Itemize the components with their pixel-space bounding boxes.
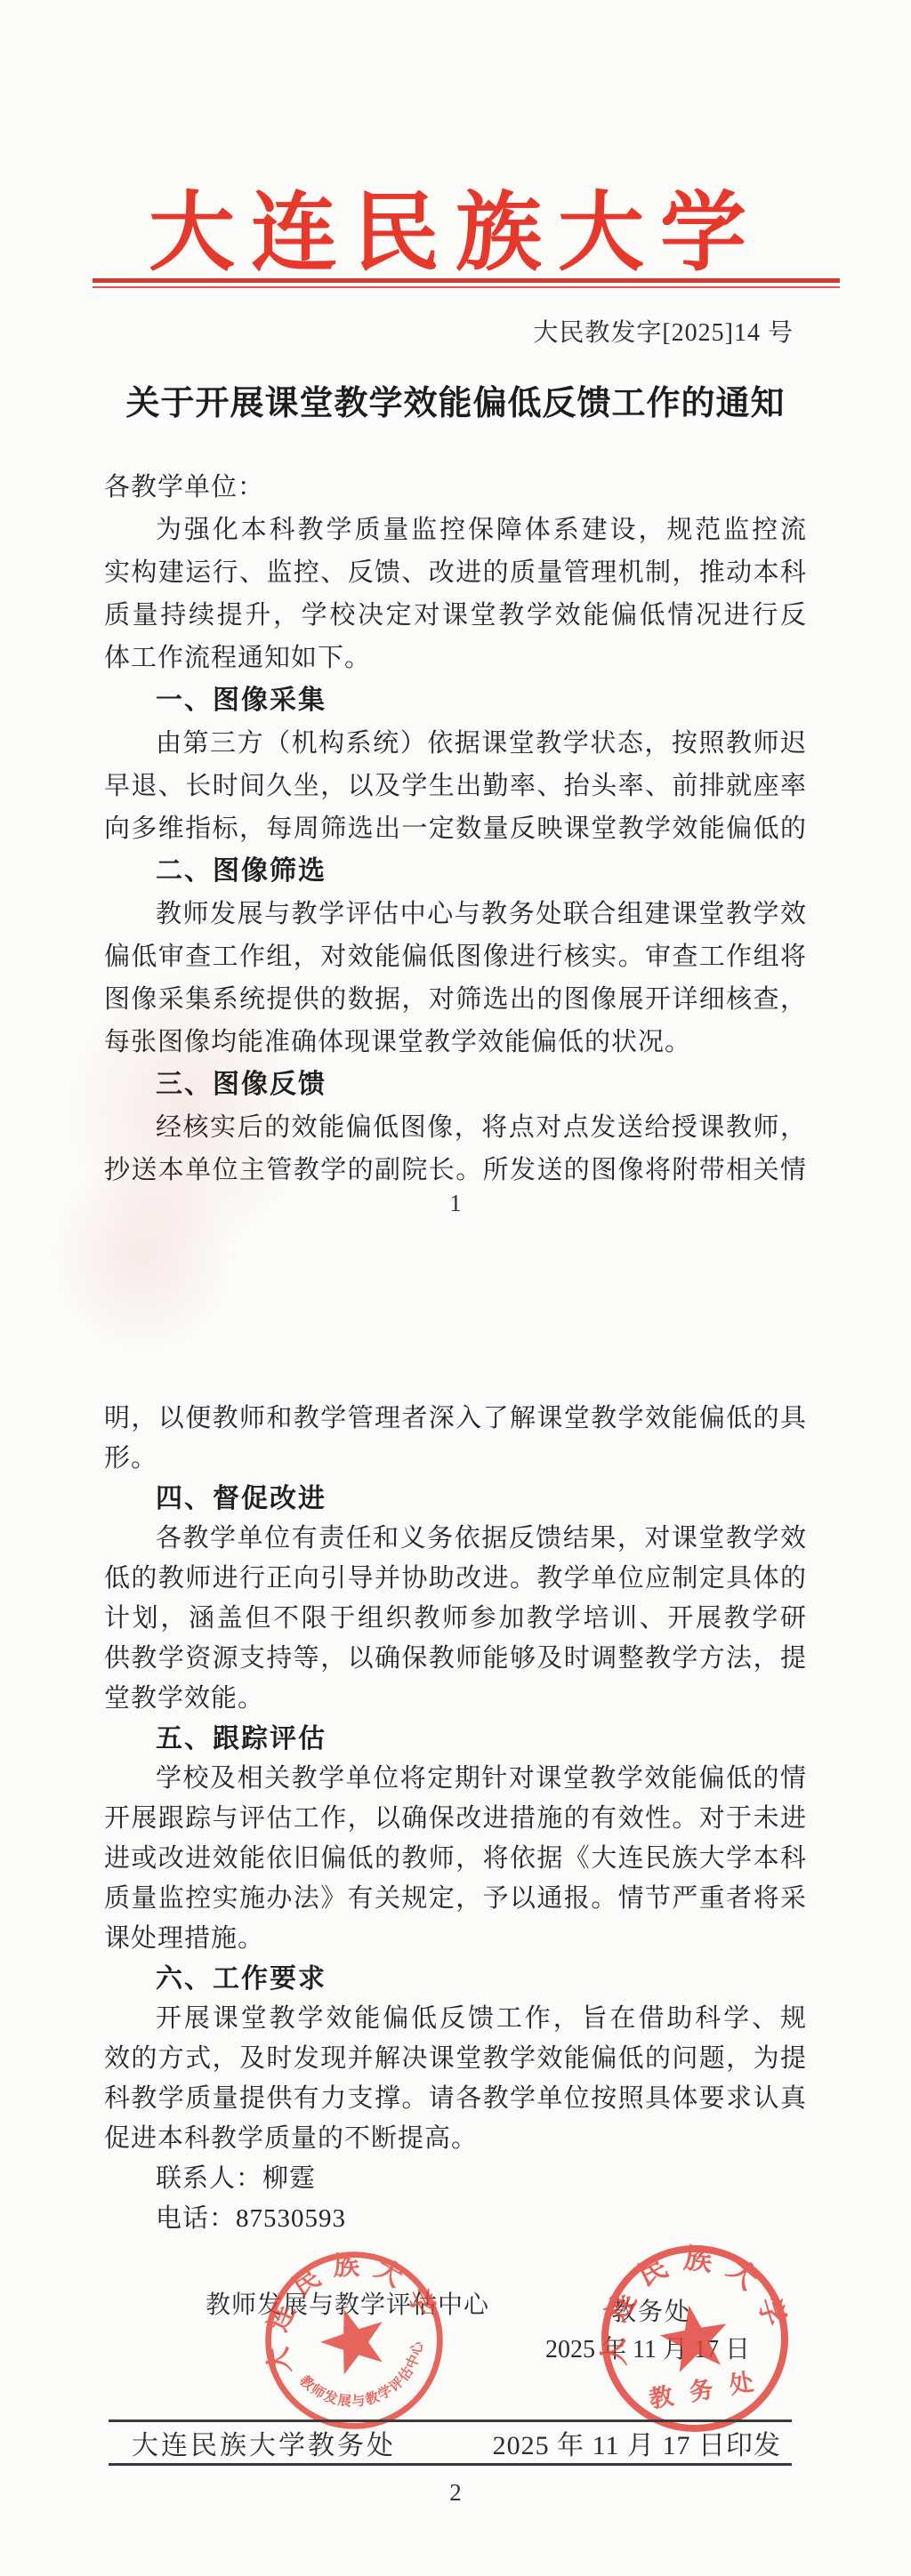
document-line: 科教学质量提供有力支撑。请各教学单位按照具体要求认真执行， <box>104 2079 807 2119</box>
document-line: 供教学资源支持等，以确保教师能够及时调整教学方法，提高课 <box>104 1639 807 1679</box>
document-line: 图像采集系统提供的数据，对筛选出的图像展开详细核查，确保 <box>104 978 807 1021</box>
seal-bottom-text: 教师发展与教学评估中心 <box>294 2334 440 2427</box>
page1-body: 各教学单位：为强化本科教学质量监控保障体系建设，规范监控流程，切实构建运行、监控… <box>104 466 807 1192</box>
document-line: 向多维指标，每周筛选出一定数量反映课堂教学效能偏低的图像。 <box>104 807 807 850</box>
signing-unit-left: 教师发展与教学评估中心 <box>206 2285 489 2321</box>
document-line: 各教学单位： <box>104 466 807 509</box>
signing-date: 2025 年 11 月 17 日 <box>545 2330 750 2365</box>
seal-bottom-text: 教 务 处 <box>647 2368 761 2413</box>
footer-band: 大连民族大学教务处 2025 年 11 月 17 日印发 <box>109 2420 792 2466</box>
document-line: 偏低审查工作组，对效能偏低图像进行核实。审查工作组将根据 <box>104 935 807 978</box>
footer-issue-date: 2025 年 11 月 17 日印发 <box>493 2423 781 2462</box>
section-heading: 一、图像采集 <box>104 679 807 722</box>
document-line: 各教学单位有责任和义务依据反馈结果，对课堂教学效能偏 <box>104 1519 807 1559</box>
document-line: 开展课堂教学效能偏低反馈工作，旨在借助科学、规范、有 <box>104 1999 807 2039</box>
document-line: 明，以便教师和教学管理者深入了解课堂教学效能偏低的具体情 <box>104 1399 807 1439</box>
section-heading: 六、工作要求 <box>104 1959 807 1999</box>
seal-ring <box>260 2246 448 2435</box>
document-line: 进或改进效能依旧偏低的教师，将依据《大连民族大学本科教学 <box>104 1839 807 1879</box>
document-line: 为强化本科教学质量监控保障体系建设，规范监控流程，切 <box>104 509 807 551</box>
document-number: 大民教发字[2025]14 号 <box>533 313 794 349</box>
red-separator-thick <box>93 278 840 283</box>
section-heading: 四、督促改进 <box>104 1479 807 1519</box>
svg-text:教师发展与教学评估中心: 教师发展与教学评估中心 <box>294 2334 440 2427</box>
document-line: 堂教学效能。 <box>104 1679 807 1719</box>
document-line: 学校及相关教学单位将定期针对课堂教学效能偏低的情况 <box>104 1759 807 1799</box>
section-heading: 三、图像反馈 <box>104 1063 807 1106</box>
document-line: 低的教师进行正向引导并协助改进。教学单位应制定具体的改进 <box>104 1559 807 1599</box>
document-line: 课处理措施。 <box>104 1919 807 1959</box>
seal-evaluation-center: 大连民族大学 教师发展与教学评估中心 <box>260 2246 448 2435</box>
document-line: 效的方式，及时发现并解决课堂教学效能偏低的问题，为提高本 <box>104 2039 807 2079</box>
document-line: 实构建运行、监控、反馈、改进的质量管理机制，推动本科教学 <box>104 551 807 594</box>
document-line: 抄送本单位主管教学的副院长。所发送的图像将附带相关情况说 <box>104 1149 807 1192</box>
document-line: 电话：87530593 <box>104 2199 807 2239</box>
page1-number: 1 <box>0 1190 911 1217</box>
footer-issuer: 大连民族大学教务处 <box>132 2423 396 2462</box>
document-line: 由第三方（机构系统）依据课堂教学状态，按照教师迟到、 <box>104 722 807 765</box>
page-title: 关于开展课堂教学效能偏低反馈工作的通知 <box>0 375 911 424</box>
page2-number: 2 <box>0 2479 911 2507</box>
document-line: 早退、长时间久坐，以及学生出勤率、抬头率、前排就座率等双 <box>104 765 807 807</box>
university-name-header: 大连民族大学 <box>0 163 911 287</box>
document-line: 联系人：柳霆 <box>104 2159 807 2199</box>
document-line: 开展跟踪与评估工作，以确保改进措施的有效性。对于未进行改 <box>104 1799 807 1839</box>
document-line: 质量监控实施办法》有关规定，予以通报。情节严重者将采取停 <box>104 1879 807 1919</box>
document-line: 体工作流程通知如下。 <box>104 637 807 679</box>
document-line: 形。 <box>104 1439 807 1479</box>
section-heading: 五、跟踪评估 <box>104 1719 807 1759</box>
document-line: 经核实后的效能偏低图像，将点对点发送给授课教师，同时 <box>104 1106 807 1149</box>
scanned-document: 大连民族大学 大民教发字[2025]14 号 关于开展课堂教学效能偏低反馈工作的… <box>0 0 911 2576</box>
document-line: 教师发展与教学评估中心与教务处联合组建课堂教学效能 <box>104 893 807 935</box>
page2-body: 明，以便教师和教学管理者深入了解课堂教学效能偏低的具体情形。四、督促改进各教学单… <box>104 1399 807 2239</box>
document-line: 每张图像均能准确体现课堂教学效能偏低的状况。 <box>104 1021 807 1063</box>
document-line: 质量持续提升，学校决定对课堂教学效能偏低情况进行反馈，具 <box>104 594 807 637</box>
document-line: 促进本科教学质量的不断提高。 <box>104 2119 807 2159</box>
signing-unit-right: 教务处 <box>611 2292 691 2328</box>
section-heading: 二、图像筛选 <box>104 850 807 893</box>
red-separator-thin <box>93 286 840 288</box>
document-line: 计划，涵盖但不限于组织教师参加教学培训、开展教学研讨、提 <box>104 1599 807 1639</box>
